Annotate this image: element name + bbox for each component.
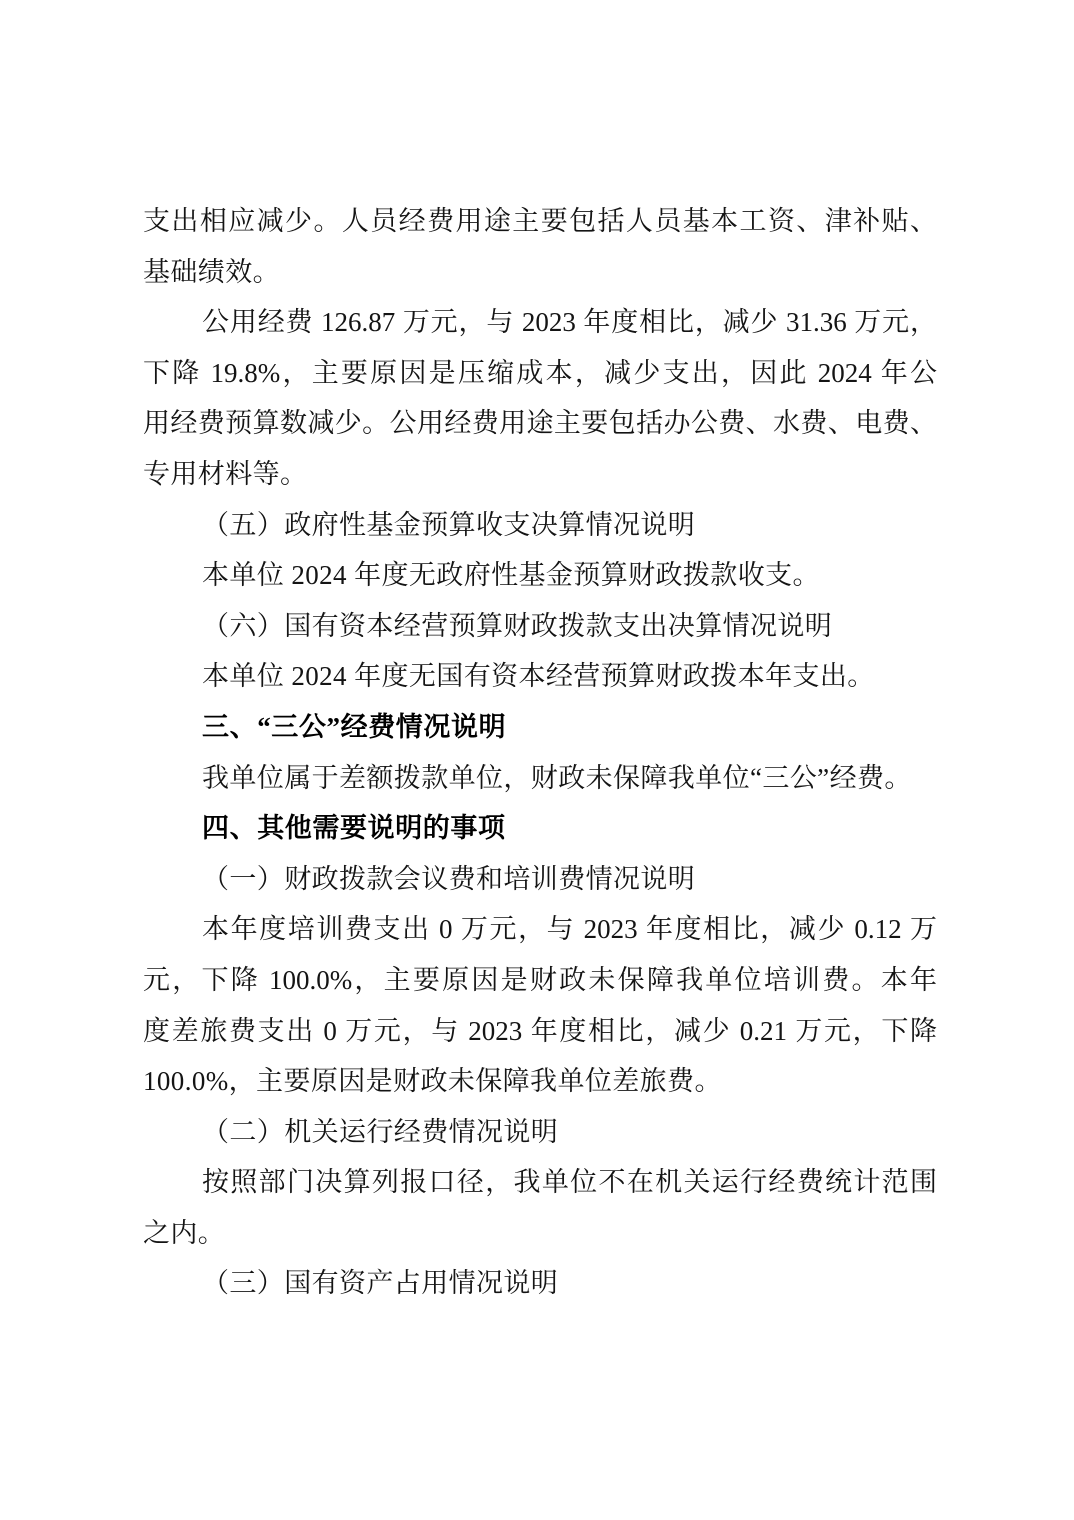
- text-line: 元，下降 100.0%，主要原因是财政未保障我单位培训费。本年: [143, 955, 937, 1006]
- text-line: 本单位 2024 年度无政府性基金预算财政拨款收支。: [143, 550, 937, 601]
- text-block: 支出相应减少。人员经费用途主要包括人员基本工资、津补贴、基础绩效。公用经费 12…: [143, 196, 937, 1309]
- text-line: 度差旅费支出 0 万元，与 2023 年度相比，减少 0.21 万元，下降: [143, 1006, 937, 1057]
- text-line: 本单位 2024 年度无国有资本经营预算财政拨本年支出。: [143, 651, 937, 702]
- text-line: 专用材料等。: [143, 449, 937, 500]
- text-line: （二）机关运行经费情况说明: [143, 1107, 937, 1158]
- text-line: 按照部门决算列报口径，我单位不在机关运行经费统计范围: [143, 1157, 937, 1208]
- text-line: （五）政府性基金预算收支决算情况说明: [143, 500, 937, 551]
- text-line: 之内。: [143, 1208, 937, 1259]
- section-heading: 三、“三公”经费情况说明: [143, 702, 937, 753]
- document-page: 支出相应减少。人员经费用途主要包括人员基本工资、津补贴、基础绩效。公用经费 12…: [0, 0, 1074, 1520]
- text-line: 本年度培训费支出 0 万元，与 2023 年度相比，减少 0.12 万: [143, 904, 937, 955]
- text-line: （一）财政拨款会议费和培训费情况说明: [143, 854, 937, 905]
- text-line: 公用经费 126.87 万元，与 2023 年度相比，减少 31.36 万元，: [143, 297, 937, 348]
- text-line: 支出相应减少。人员经费用途主要包括人员基本工资、津补贴、: [143, 196, 937, 247]
- text-line: 100.0%，主要原因是财政未保障我单位差旅费。: [143, 1056, 937, 1107]
- section-heading: 四、其他需要说明的事项: [143, 803, 937, 854]
- text-line: 用经费预算数减少。公用经费用途主要包括办公费、水费、电费、: [143, 398, 937, 449]
- text-line: （六）国有资本经营预算财政拨款支出决算情况说明: [143, 601, 937, 652]
- text-line: 我单位属于差额拨款单位，财政未保障我单位“三公”经费。: [143, 753, 937, 804]
- text-line: 下降 19.8%，主要原因是压缩成本，减少支出，因此 2024 年公: [143, 348, 937, 399]
- text-line: （三）国有资产占用情况说明: [143, 1258, 937, 1309]
- text-line: 基础绩效。: [143, 247, 937, 298]
